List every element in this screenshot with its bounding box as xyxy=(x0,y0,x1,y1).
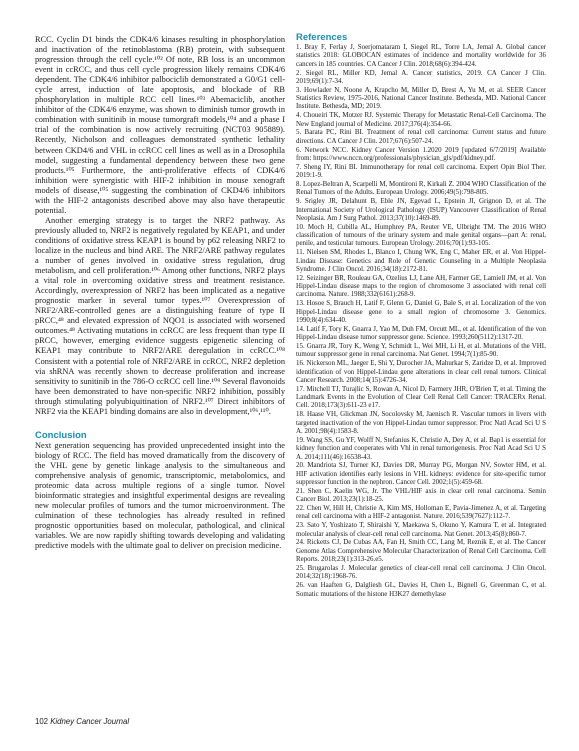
reference-item: 24. Ricketts CJ, De Cubas AA, Fan H, Smi… xyxy=(296,538,546,563)
reference-item: 9. Srigley JR, Delahunt B, Eble JN, Egev… xyxy=(296,197,546,222)
references-column: References 1. Bray F, Ferlay J, Soerjoma… xyxy=(296,32,546,598)
conclusion-heading: Conclusion xyxy=(35,430,285,441)
conclusion-paragraph: Next generation sequencing has provided … xyxy=(35,441,285,552)
reference-item: 4. Choueiri TK, Motzer RJ. Systemic Ther… xyxy=(296,111,546,128)
reference-item: 22. Chen W, Hill H, Christie A, Kim MS, … xyxy=(296,504,546,521)
body-paragraph: RCC. Cyclin D1 binds the CDK4/6 kinases … xyxy=(35,35,285,216)
page-number: 102 xyxy=(35,717,48,726)
reference-item: 7. Sheng IY, Rini BI. Immunotherapy for … xyxy=(296,163,546,180)
reference-item: 6. Network NCC. Kidney Cancer Version 1.… xyxy=(296,146,546,163)
body-paragraph: Another emerging strategy is to target t… xyxy=(35,216,285,417)
reference-item: 3. Howlader N, Noone A, Krapcho M, Mille… xyxy=(296,86,546,111)
reference-item: 5. Barata PC, Rini BI. Treatment of rena… xyxy=(296,128,546,145)
reference-item: 23. Sato Y, Yoshizato T, Shiraishi Y, Ma… xyxy=(296,521,546,538)
reference-item: 11. Nielsen SM, Rhodes L, Blanco I, Chun… xyxy=(296,248,546,273)
references-heading: References xyxy=(296,32,546,43)
references-list: 1. Bray F, Ferlay J, Soerjomataram I, Si… xyxy=(296,43,546,598)
reference-item: 8. Lopez-Beltran A, Scarpelli M, Montiro… xyxy=(296,180,546,197)
reference-item: 13. Hosoe S, Brauch H, Latif F, Glenn G,… xyxy=(296,299,546,324)
reference-item: 26. van Haaften G, Dalgliesh GL, Davies … xyxy=(296,581,546,598)
reference-item: 16. Nickerson ML, Jaeger E, Shi Y, Duroc… xyxy=(296,359,546,384)
body-text-column: RCC. Cyclin D1 binds the CDK4/6 kinases … xyxy=(35,35,285,551)
reference-item: 2. Siegel RL, Miller KD, Jemal A. Cancer… xyxy=(296,69,546,86)
reference-item: 14. Latif F, Tory K, Gnarra J, Yao M, Du… xyxy=(296,325,546,342)
reference-item: 17. Mitchell TJ, Turajlic S, Rowan A, Ni… xyxy=(296,385,546,410)
reference-item: 20. Mandriota SJ, Turner KJ, Davies DR, … xyxy=(296,461,546,486)
reference-item: 18. Haase VH, Glickman JN, Socolovsky M,… xyxy=(296,410,546,435)
reference-item: 10. Moch H, Cubilla AL, Humphrey PA, Reu… xyxy=(296,223,546,248)
reference-item: 1. Bray F, Ferlay J, Soerjomataram I, Si… xyxy=(296,43,546,68)
page-footer: 102 Kidney Cancer Journal xyxy=(35,717,129,726)
reference-item: 12. Seizinger BR, Rouleau GA, Ozelius LJ… xyxy=(296,274,546,299)
reference-item: 25. Brugarolas J. Molecular genetics of … xyxy=(296,564,546,581)
journal-name: Kidney Cancer Journal xyxy=(50,717,129,726)
reference-item: 19. Wang SS, Gu YF, Wolff N, Stefanius K… xyxy=(296,436,546,461)
reference-item: 21. Shen C, Kaelin WG, Jr. The VHL/HIF a… xyxy=(296,487,546,504)
reference-item: 15. Gnarra JR, Tory K, Weng Y, Schmidt L… xyxy=(296,342,546,359)
